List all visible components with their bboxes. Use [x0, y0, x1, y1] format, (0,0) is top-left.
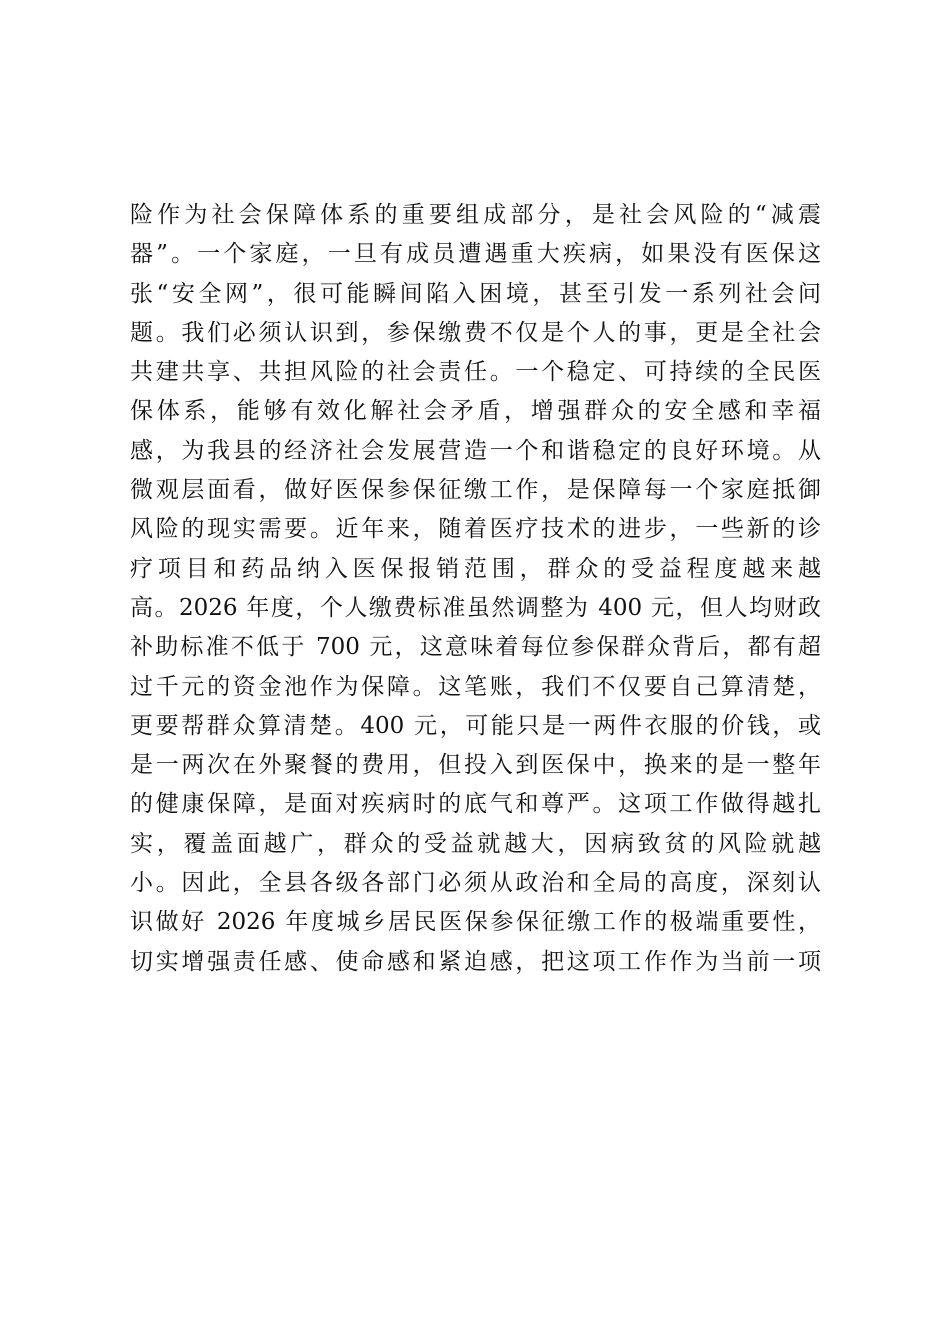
text-line: 的健康保障，是面对疾病时的底气和尊严。这项工作做得越扎 — [130, 785, 821, 824]
text-line: 器”。一个家庭，一旦有成员遭遇重大疾病，如果没有医保这 — [130, 235, 821, 274]
text-line: 感，为我县的经济社会发展营造一个和谐稳定的良好环境。从 — [130, 432, 821, 471]
text-line: 高。2026 年度，个人缴费标准虽然调整为 400 元，但人均财政 — [130, 589, 821, 628]
text-line: 过千元的资金池作为保障。这笔账，我们不仅要自己算清楚， — [130, 668, 821, 707]
body-paragraph: 险作为社会保障体系的重要组成部分，是社会风险的“减震 器”。一个家庭，一旦有成员… — [130, 196, 821, 982]
text-line: 疗项目和药品纳入医保报销范围，群众的受益程度越来越 — [130, 550, 821, 589]
document-page: 险作为社会保障体系的重要组成部分，是社会风险的“减震 器”。一个家庭，一旦有成员… — [0, 0, 950, 1344]
text-line: 补助标准不低于 700 元，这意味着每位参保群众背后，都有超 — [130, 628, 821, 667]
text-line: 题。我们必须认识到，参保缴费不仅是个人的事，更是全社会 — [130, 314, 821, 353]
text-line: 是一两次在外聚餐的费用，但投入到医保中，换来的是一整年 — [130, 746, 821, 785]
text-line: 微观层面看，做好医保参保征缴工作，是保障每一个家庭抵御 — [130, 471, 821, 510]
text-line: 实，覆盖面越广，群众的受益就越大，因病致贫的风险就越 — [130, 825, 821, 864]
text-line: 险作为社会保障体系的重要组成部分，是社会风险的“减震 — [130, 196, 821, 235]
text-line: 切实增强责任感、使命感和紧迫感，把这项工作作为当前一项 — [130, 943, 821, 982]
text-line: 共建共享、共担风险的社会责任。一个稳定、可持续的全民医 — [130, 353, 821, 392]
text-line: 更要帮群众算清楚。400 元，可能只是一两件衣服的价钱，或 — [130, 707, 821, 746]
text-line: 张“安全网”，很可能瞬间陷入困境，甚至引发一系列社会问 — [130, 275, 821, 314]
text-line: 风险的现实需要。近年来，随着医疗技术的进步，一些新的诊 — [130, 510, 821, 549]
text-line: 保体系，能够有效化解社会矛盾，增强群众的安全感和幸福 — [130, 392, 821, 431]
text-line: 识做好 2026 年度城乡居民医保参保征缴工作的极端重要性， — [130, 903, 821, 942]
text-line: 小。因此，全县各级各部门必须从政治和全局的高度，深刻认 — [130, 864, 821, 903]
